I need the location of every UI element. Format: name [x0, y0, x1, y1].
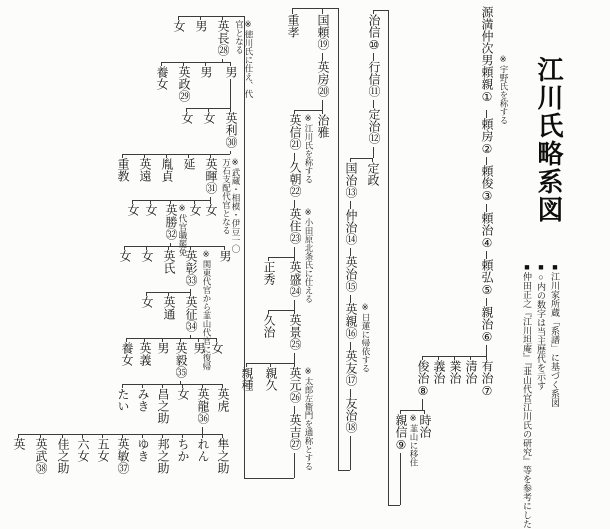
connector-line [210, 200, 211, 204]
person-shonosuke: 昌之助 [155, 388, 169, 424]
person-hisatomo: 久朝㉒ [287, 161, 301, 197]
connector-line [202, 384, 203, 388]
connector-line [438, 356, 439, 360]
person-onna-f1: 女 [139, 250, 153, 262]
person-hidezumi: 英住㉓ [287, 208, 301, 244]
person-tai: たい [115, 388, 129, 412]
person-nariharu: 業治 [447, 360, 461, 384]
connector-line [400, 453, 401, 505]
person-hidetatsu: 英龍㊱ [195, 388, 209, 424]
connector-line [294, 363, 295, 367]
connector-line [422, 356, 423, 360]
person-yojo-b: 養女 [154, 66, 168, 90]
person-nakaharu: 仲治⑭ [343, 209, 357, 245]
connector-line [470, 356, 471, 360]
connector-line [222, 384, 223, 388]
connector-line [224, 246, 225, 250]
connector-line [350, 389, 351, 397]
connector-line [124, 246, 125, 250]
person-hisaharu: 久治 [261, 314, 275, 338]
connector-line [102, 434, 103, 438]
person-hidemoto: 英元㉖ [287, 367, 301, 403]
connector-line [170, 200, 171, 204]
connector-line [350, 158, 372, 159]
connector-line [126, 338, 216, 339]
person-yukinobu: 行信⑪ [366, 61, 380, 97]
connector-line [183, 62, 184, 66]
connector-line [486, 251, 487, 259]
connector-line [322, 53, 323, 61]
connector-line [188, 154, 189, 158]
connector-line [144, 338, 145, 342]
connector-line [294, 247, 295, 257]
person-nobu: 延 [181, 158, 195, 170]
connector-line [124, 246, 224, 247]
connector-line [122, 384, 222, 385]
connector-line [292, 8, 338, 9]
person-chikahisa: 親久 [263, 367, 277, 391]
connector-line [350, 295, 351, 303]
connector-line [168, 246, 169, 250]
person-hideharu: 英治⑮ [343, 256, 357, 292]
person-hidemichi: 英通 [161, 296, 175, 320]
connector-line [338, 8, 339, 470]
person-yorihiro: 頼弘⑤ [479, 259, 493, 297]
connector-line [486, 110, 487, 118]
person-onna-c2: 女 [179, 112, 193, 124]
person-yorifusa: 頼房② [479, 118, 493, 156]
person-toshiharu: 俊治⑧ [415, 360, 429, 398]
person-ariharu: 有治⑦ [479, 360, 493, 398]
person-onna-a: 女 [171, 20, 185, 32]
person-hidenobu: 英信㉑ [287, 114, 301, 150]
connector-line [486, 204, 487, 212]
connector-line [294, 300, 295, 310]
person-onna-e3: 女 [143, 204, 157, 216]
connector-line [270, 363, 271, 367]
person-man-a: 男 [193, 20, 207, 32]
person-man-h2: 男 [155, 342, 169, 354]
connector-line [210, 154, 211, 158]
connector-line [294, 153, 295, 161]
legend-item-source: ■江川家所蔵「系譜」に基づく系図 [547, 262, 559, 407]
person-yoriharu: 頼治④ [479, 212, 493, 250]
person-hideteru: 英暉㉛ [203, 158, 217, 194]
annotation-tokugawa: ※徳川氏に仕え、代官となる [229, 20, 253, 100]
connector-line [166, 154, 167, 158]
person-shigetaka: 重孝 [285, 14, 299, 38]
person-onna-i: 女 [175, 388, 189, 400]
connector-line [388, 505, 400, 506]
person-onna-g: 女 [139, 296, 153, 308]
connector-line [338, 470, 350, 471]
connector-line [194, 200, 195, 204]
connector-line [322, 100, 323, 110]
connector-line [150, 200, 151, 204]
connector-line [400, 410, 401, 414]
person-yoshiharu: 義治 [431, 360, 445, 384]
person-gojo: 五女 [95, 438, 109, 462]
connector-line [244, 16, 245, 478]
connector-line [373, 147, 374, 158]
connector-line [142, 384, 143, 388]
person-kuninosuke: 邦之助 [155, 438, 169, 474]
person-chikanobu: 親信⑨ [393, 414, 407, 452]
person-hidetora: 英虎 [215, 388, 229, 412]
person-hideki: 英毅㉟ [173, 342, 187, 378]
person-hidetake: 英武㊳ [33, 438, 47, 474]
connector-line [350, 436, 351, 470]
person-yuki: ゆき [135, 438, 149, 462]
connector-line [122, 154, 230, 155]
connector-line [388, 10, 389, 505]
person-hidetomo: 英友⑰ [343, 350, 357, 386]
person-tokiharu: 時治 [417, 414, 431, 438]
connector-line [292, 8, 293, 14]
connector-line [144, 154, 145, 158]
connector-line [372, 158, 373, 162]
connector-line [322, 110, 323, 114]
connector-line [186, 108, 187, 112]
person-hidefusa: 英房⑳ [315, 61, 329, 97]
person-chikatane: 親種 [239, 367, 253, 391]
connector-line [82, 434, 83, 438]
connector-line [162, 384, 163, 388]
connector-line [178, 16, 244, 17]
connector-line [162, 338, 163, 342]
person-harunobu: 治信⑩ [366, 14, 380, 52]
person-tanesada: 胤貞 [159, 158, 173, 182]
annotation-uno: ※宇野氏を称する [497, 55, 508, 125]
person-masahide: 正秀 [261, 261, 275, 285]
legend-item-references: ■仲田正之『江川坦庵』『韮山代官江川氏の研究』等を参考にした [519, 262, 531, 529]
connector-line [350, 201, 351, 209]
person-tomoharu: 友治⑱ [343, 397, 357, 433]
connector-line [132, 200, 133, 204]
connector-line [18, 434, 222, 435]
connector-line [62, 434, 63, 438]
connector-line [294, 310, 295, 314]
person-yojo-h: 養女 [119, 342, 133, 366]
person-yoritoshi: 頼俊③ [479, 165, 493, 203]
person-hidekage: 英景㉕ [287, 314, 301, 350]
person-kuniyori: 国頼⑲ [315, 14, 329, 50]
person-hideyoshi-g: 英義 [137, 342, 151, 366]
connector-line [190, 292, 191, 296]
person-rokujo: 六女 [75, 438, 89, 462]
connector-line [230, 62, 231, 66]
connector-line [205, 62, 206, 66]
connector-line [294, 200, 295, 208]
connector-line [373, 100, 374, 108]
connector-line [202, 427, 203, 434]
genealogy-chart: 江川氏略系図 ■江川家所蔵「系譜」に基づく系図 ■○内の数字は当主歴代を示す ■… [0, 0, 610, 529]
legend-item-numbers: ■○内の数字は当主歴代を示す [533, 262, 545, 390]
connector-line [294, 257, 295, 261]
person-onna-e4: 女 [125, 204, 139, 216]
connector-line [268, 310, 269, 314]
person-hidekatsu: 英勝㉜ [163, 204, 177, 240]
person-haruma: 治雅 [315, 114, 329, 138]
person-hidenaga: 英長㉘ [215, 20, 229, 56]
connector-line [230, 151, 231, 154]
person-onna-f2: 女 [117, 250, 131, 262]
connector-line [294, 453, 295, 478]
connector-line [216, 338, 217, 342]
connector-line [400, 410, 424, 411]
person-onna-e1: 女 [203, 204, 217, 216]
connector-line [182, 434, 183, 438]
connector-line [168, 292, 169, 296]
person-hideaki: 英彰㉝ [183, 250, 197, 286]
person-kanosuke: 佳之助 [55, 438, 69, 474]
connector-line [40, 434, 41, 438]
connector-line [486, 298, 487, 306]
person-chika: ちか [175, 438, 189, 462]
connector-line [422, 399, 423, 410]
person-hidebin: 英敏㊲ [115, 438, 129, 474]
connector-line [142, 434, 143, 438]
person-hideuji: 英氏 [161, 250, 175, 274]
connector-line [122, 384, 123, 388]
connector-line [294, 110, 295, 114]
person-man-h1: 男 [191, 342, 205, 354]
connector-line [350, 248, 351, 256]
connector-line [132, 200, 210, 201]
person-yorichika: 源満仲次男頼親① [479, 6, 493, 104]
connector-line [18, 434, 19, 438]
connector-line [230, 79, 231, 108]
annotation-musashi: ※武蔵・相模・伊豆一〇万石支配代官となる [216, 158, 240, 254]
connector-line [222, 434, 223, 438]
annotation-odawara: ※小田原北条氏に仕える [302, 208, 313, 303]
person-sadaharu: 定治⑫ [366, 108, 380, 144]
connector-line [182, 384, 183, 388]
connector-line [322, 8, 323, 14]
person-kuniharu: 国治⑬ [343, 162, 357, 198]
connector-line [122, 434, 123, 438]
connector-line [122, 154, 123, 158]
connector-line [161, 62, 162, 66]
connector-line [126, 338, 127, 342]
connector-line [454, 356, 455, 360]
person-hidemasa: 英政㉙ [176, 66, 190, 102]
person-sadamasa: 定政 [365, 162, 379, 186]
connector-line [230, 108, 231, 112]
connector-line [146, 246, 147, 250]
annotation-nirayama: ※韮山に移住 [407, 414, 418, 467]
connector-line [146, 292, 147, 296]
connector-line [180, 338, 181, 342]
person-hidekichi: 英吉㉗ [287, 414, 301, 450]
annotation-nichiren: ※日蓮に帰依する [359, 303, 370, 373]
connector-line [202, 434, 203, 438]
connector-line [424, 410, 425, 414]
connector-line [268, 257, 269, 261]
person-kiyoharu: 清治 [463, 360, 477, 384]
person-man-b1: 男 [223, 66, 237, 78]
annotation-taro: ※太郎左衛門を通称とする [302, 367, 313, 471]
connector-line [268, 257, 294, 258]
person-onna-h1: 女 [209, 342, 223, 354]
connector-line [162, 434, 163, 438]
person-onna-c1: 女 [201, 112, 215, 124]
person-hideyuki: 英征㉞ [183, 296, 197, 332]
connector-line [350, 158, 351, 162]
connector-line [486, 345, 487, 356]
person-onna-e2: 女 [187, 204, 201, 216]
person-hidetou: 英遠 [137, 158, 151, 182]
connector-line [373, 53, 374, 61]
connector-line [350, 342, 351, 350]
connector-line [486, 356, 487, 360]
person-miki: みき [135, 388, 149, 412]
connector-line [161, 62, 230, 63]
person-hide-last: 英 [11, 438, 25, 450]
person-man-f: 男 [217, 250, 231, 262]
connector-line [373, 10, 374, 14]
person-hidechika: 英親⑯ [343, 303, 357, 339]
connector-line [208, 108, 209, 112]
person-hidetoshi30: 英利㉚ [223, 112, 237, 148]
connector-line [222, 16, 223, 20]
connector-line [200, 16, 201, 20]
page-title: 江川氏略系図 [534, 56, 564, 224]
connector-line [178, 16, 179, 20]
connector-line [294, 110, 322, 111]
connector-line [373, 10, 388, 11]
person-man-b2: 男 [198, 66, 212, 78]
connector-line [246, 363, 247, 367]
person-hayanosuke: 隼之助 [215, 438, 229, 474]
connector-line [268, 310, 294, 311]
person-hidemori: 英盛㉔ [287, 261, 301, 297]
connector-line [198, 338, 199, 342]
annotation-egawa: ※江川氏を称する [302, 114, 313, 184]
connector-line [244, 478, 294, 479]
connector-line [294, 406, 295, 414]
person-ren: れん [195, 438, 209, 462]
connector-line [190, 246, 191, 250]
person-shigenori: 重教 [115, 158, 129, 182]
connector-line [294, 353, 295, 363]
connector-line [486, 157, 487, 165]
person-chikaharu: 親治⑥ [479, 306, 493, 344]
